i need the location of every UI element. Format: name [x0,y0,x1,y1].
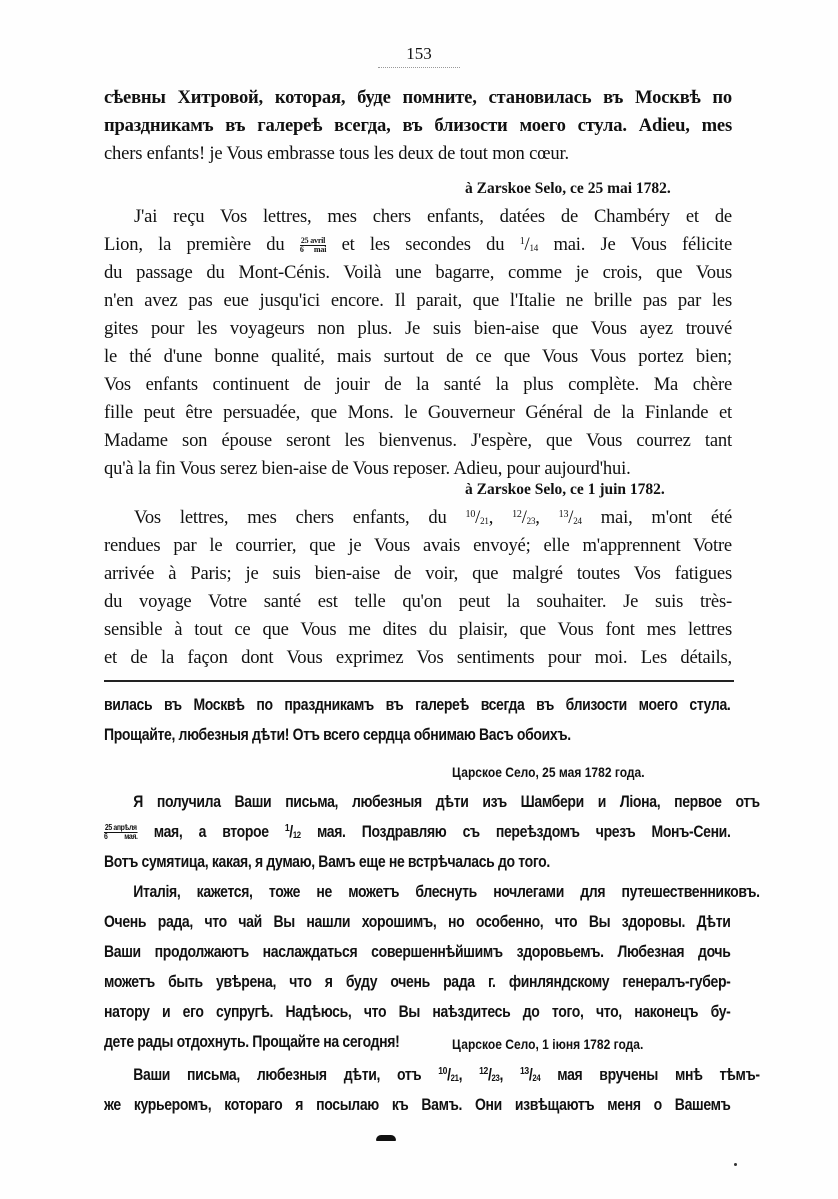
text-line: Ваши продолжаютъ наслаждаться совершеннѣ… [104,937,730,967]
russian-letter-1-june: Ваши письма, любезныя дѣти, отъ 10/21, 1… [104,1060,732,1120]
text-line: Я получила Ваши письма, любезныя дѣти из… [104,787,760,817]
date-fraction-inline: 1/14 [520,234,538,255]
text-line: Прощайте, любезныя дѣти! Отъ всего сердц… [104,720,730,750]
russian-letter-25-may: Я получила Ваши письма, любезныя дѣти из… [104,787,732,1057]
text-line: Италія, кажется, тоже не можетъ блеснуть… [104,877,760,907]
footnote-divider [104,680,734,682]
text-line: qu'à la fin Vous serez bien-aise de Vous… [104,455,732,483]
text-line: arrivée à Paris; je suis bien-aise de vo… [104,560,732,588]
page-number-rule [378,67,460,68]
french-letter-1-june: Vos lettres, mes chers enfants, du 10/21… [104,504,732,672]
date-fraction: 25 апрѣля6 мая. [104,824,138,841]
text-line: можетъ быть увѣрена, что я буду очень ра… [104,967,730,997]
text-line: gites pour les voyageurs non plus. Je su… [104,315,732,343]
text-line: Madame son épouse seront les bienvenus. … [104,427,732,455]
text-line: Lion, la première du 25 avril6 mai et le… [104,231,732,259]
text-fragment: mai. Je Vous félicite [553,234,732,255]
text-line: sensible à tout ce que Vous me dites du … [104,616,732,644]
text-line: Очень рада, что чай Вы нашли хорошимъ, н… [104,907,730,937]
text-line: вилась въ Москвѣ по праздникамъ въ галер… [104,690,730,720]
paper-speck [734,1163,737,1166]
text-line: chers enfants! je Vous embrasse tous les… [104,140,732,168]
french-letter-25-may: J'ai reçu Vos lettres, mes chers enfants… [104,203,732,483]
text-line: Vos enfants continuent de jouir de la sa… [104,371,732,399]
russian-dateline-1-june: Царское Село, 1 іюня 1782 года. [452,1036,643,1052]
french-carryover-paragraph: сѣевны Хитровой, которая, буде помните, … [104,84,732,168]
text-fragment: et les secondes du [342,234,505,255]
text-line: Vos lettres, mes chers enfants, du 10/21… [104,504,732,532]
text-line: Ваши письма, любезныя дѣти, отъ 10/21, 1… [104,1060,760,1090]
page-number: 153 [0,44,838,64]
ink-mark-ornament [376,1135,396,1141]
text-line: le thé d'une bonne qualité, mais surtout… [104,343,732,371]
text-line: сѣевны Хитровой, которая, буде помните, … [104,84,732,112]
text-line: rendues par le courrier, que je Vous ava… [104,532,732,560]
text-line: fille peut être persuadée, que Mons. le … [104,399,732,427]
russian-dateline-25-may: Царское Село, 25 мая 1782 года. [452,764,645,780]
text-line: праздникамъ въ галереѣ всегда, въ близос… [104,112,732,140]
text-fragment: Lion, la première du [104,234,284,255]
text-line: J'ai reçu Vos lettres, mes chers enfants… [104,203,732,231]
text-line: n'en avez pas eue jusqu'ici encore. Il p… [104,287,732,315]
text-line: et de la façon dont Vous exprimez Vos se… [104,644,732,672]
text-line: же курьеромъ, котораго я посылаю къ Вамъ… [104,1090,730,1120]
book-page: 153 сѣевны Хитровой, которая, буде помни… [0,0,838,1199]
text-line: 25 апрѣля6 мая. мая, а второе 1/12 мая. … [104,817,730,847]
text-line: du voyage Votre santé est telle qu'on pe… [104,588,732,616]
french-dateline-1-june: à Zarskoe Selo, ce 1 juin 1782. [465,481,665,499]
french-dateline-25-may: à Zarskoe Selo, ce 25 mai 1782. [465,180,671,198]
date-fraction: 25 avril6 mai [300,237,326,254]
text-line: du passage du Mont-Cénis. Voilà une baga… [104,259,732,287]
text-line: Вотъ сумятица, какая, я думаю, Вамъ еще … [104,847,730,877]
text-line: натору и его супругѣ. Надѣюсь, что Вы на… [104,997,730,1027]
russian-carryover-paragraph: вилась въ Москвѣ по праздникамъ въ галер… [104,690,732,750]
